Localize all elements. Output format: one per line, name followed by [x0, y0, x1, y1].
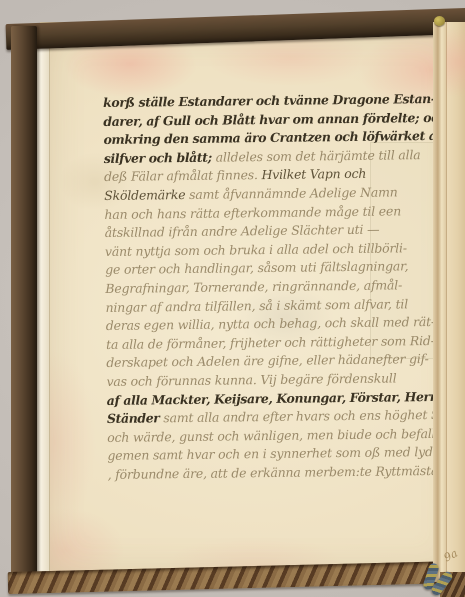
manuscript-text-segment: Hvilket Vapn och: [261, 166, 366, 182]
manuscript-text-segment: korß ställe Estandarer och tvänne Dragon…: [103, 91, 436, 110]
manuscript-text-segment: ningar af andra tilfällen, så i skämt so…: [106, 296, 409, 315]
manuscript-text-segment: vas och förunnas kunna. Vij begäre förde…: [106, 370, 396, 389]
facing-page-edge: [446, 22, 465, 582]
photo-background: korß ställe Estandarer och tvänne Dragon…: [0, 0, 465, 597]
manuscript-text-segment: samt alla andra efter hvars och ens högh…: [163, 407, 465, 426]
manuscript-text-segment: vänt nyttja som och bruka i alla adel oc…: [105, 240, 407, 259]
manuscript-text-segment: han och hans rätta efterkommande måge ti…: [104, 203, 401, 222]
manuscript-text-segment: omkring den samma äro Crantzen och löfwä…: [103, 128, 465, 148]
leaf-edges-strip: [35, 40, 50, 578]
manuscript-text-segment: Begrafningar, Tornerande, ringrännande, …: [105, 277, 402, 296]
manuscript-text-segment: derskapet och Adelen äre gifne, eller hä…: [106, 351, 429, 370]
manuscript-text-segment: deß Fälar afmålat finnes.: [104, 167, 262, 184]
binding-leather-left: [11, 26, 37, 592]
manuscript-text-segment: Ständer: [107, 410, 164, 426]
text-block: korß ställe Estandarer och tvänne Dragon…: [103, 90, 444, 485]
manuscript-text-segment: deras egen willia, nytta och behag, och …: [106, 314, 435, 333]
manuscript-text-segment: Sköldemärke: [104, 187, 189, 203]
manuscript-text-segment: och wärde, gunst och wänligen, men biude…: [107, 425, 465, 445]
manuscript-text-segment: darer, af Gull och Blått hvar om annan f…: [103, 109, 447, 128]
endband-bottom: [418, 561, 464, 597]
manuscript-text-segment: gemen samt hvar och en i synnerhet som o…: [107, 444, 448, 463]
manuscript-text-segment: ge orter och handlingar, såsom uti fälts…: [105, 259, 408, 278]
manuscript-text-segment: alldeles som det härjämte till alla: [216, 147, 421, 165]
manuscript-text-segment: af alla Mackter, Keijsare, Konungar, För…: [107, 388, 465, 408]
manuscript-text-segment: silfver och blått;: [104, 149, 216, 165]
book-gutter: [433, 22, 447, 582]
manuscript-text-segment: ta alla de förmåner, frijheter och rätti…: [106, 333, 435, 352]
manuscript-text-segment: samt åfvannämnde Adelige Namn: [189, 184, 398, 202]
manuscript-text-segment: , förbundne äre, att de erkänna merbem:t…: [108, 463, 452, 482]
manuscript-text-segment: åtskillnad ifrån andre Adelige Slächter …: [105, 222, 380, 240]
endband-top-knob: [434, 16, 445, 26]
